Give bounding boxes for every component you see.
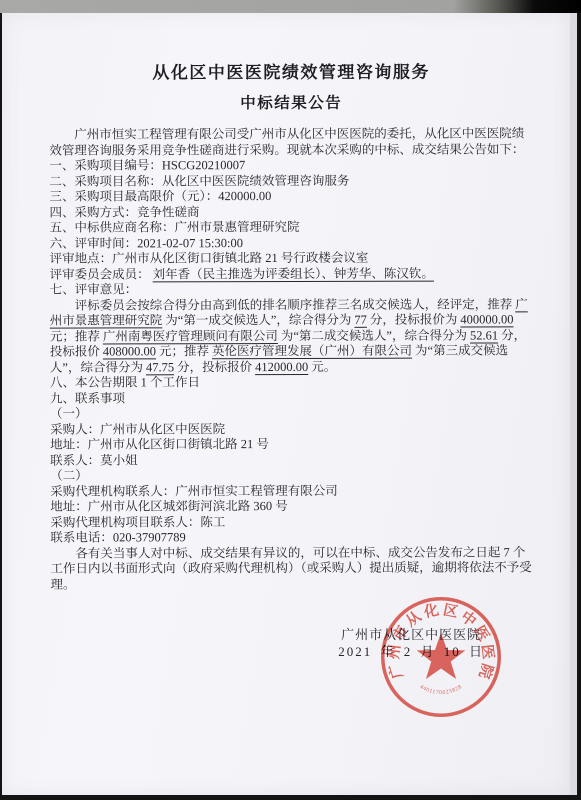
svg-text:州: 州 (385, 644, 404, 661)
contact-agency-address: 地址：广州市从化区城郊街河滨北路 360 号 (50, 498, 534, 515)
item-project-number: 一、采购项目编号：HSCG20210007 (49, 157, 533, 174)
closing-paragraph: 各有关当事人对中标、成交结果有异议的，可以在中标、成交公告发布之日起 7 个工作… (50, 545, 534, 593)
item-procurement-method: 四、采购方式：竞争性磋商 (49, 204, 533, 221)
item-project-name: 二、采购项目名称：从化区中医医院绩效管理咨询服务 (49, 173, 533, 190)
page-title: 从化区中医医院绩效管理咨询服务 (49, 60, 533, 85)
committee-line: 评审委员会成员：刘年香（民主推选为评委组长）、钟芳华、陈汉钦。 (50, 266, 534, 283)
item-review-location: 评审地点：广州市从化区街口街镇北路 21 号行政楼会议室 (50, 250, 534, 267)
seal-code: 4401170025828 (419, 684, 464, 696)
scan-top-edge (0, 0, 581, 13)
seal-star-icon (417, 633, 466, 679)
item-winning-supplier: 五、中标供应商名称：广州市景惠管理研究院 (50, 219, 534, 236)
page-subtitle: 中标结果公告 (49, 92, 533, 115)
contact-agency: 采购代理机构联系人：广州市恒实工程管理有限公司 (50, 483, 534, 500)
contact-part1-label: （一） (50, 405, 534, 422)
contact-part2-label: （二） (50, 467, 534, 484)
section9-heading: 九、联系事项 (50, 390, 534, 407)
svg-text:区: 区 (442, 601, 460, 621)
item-review-time: 六、评审时间：2021-02-07 15:30:00 (50, 235, 534, 252)
intro-paragraph: 广州市恒实工程管理有限公司受广州市从化区中医医院的委托，从化区中医医院绩效管理咨… (49, 126, 533, 158)
contact-phone: 联系电话：020-37907789 (50, 529, 534, 546)
official-seal: 广 州 市 从 化 区 中 医 医 院 4401170025828 (377, 593, 505, 721)
scan-right-edge (570, 13, 581, 795)
svg-text:化: 化 (421, 600, 440, 621)
section7-heading: 七、评审意见： (50, 281, 534, 298)
item-price-limit: 三、采购项目最高限价（元）：420000.00 (49, 188, 533, 205)
contact-agency-person: 采购代理机构项目联系人：陈工 (50, 514, 534, 531)
contact-purchaser: 采购人：广州市从化区中医医院 (50, 421, 534, 438)
contact-purchaser-address: 地址：广州市从化区街口街镇北路 21 号 (50, 436, 534, 453)
committee-members: 刘年香（民主推选为评委组长）、钟芳华、陈汉钦。 (150, 266, 437, 281)
document-page: 从化区中医医院绩效管理咨询服务 中标结果公告 广州市恒实工程管理有限公司受广州市… (2, 13, 570, 795)
svg-text:医: 医 (478, 644, 497, 661)
committee-label: 评审委员会成员： (50, 267, 150, 281)
contact-purchaser-person: 联系人：莫小姐 (50, 452, 534, 469)
opinion-paragraph: 评标委员会按综合得分由高到低的排名顺序推荐三名成交候选人，经评定，推荐广州市景惠… (50, 297, 534, 376)
section8-line: 八、本公告期限 1 个工作日 (50, 374, 534, 391)
